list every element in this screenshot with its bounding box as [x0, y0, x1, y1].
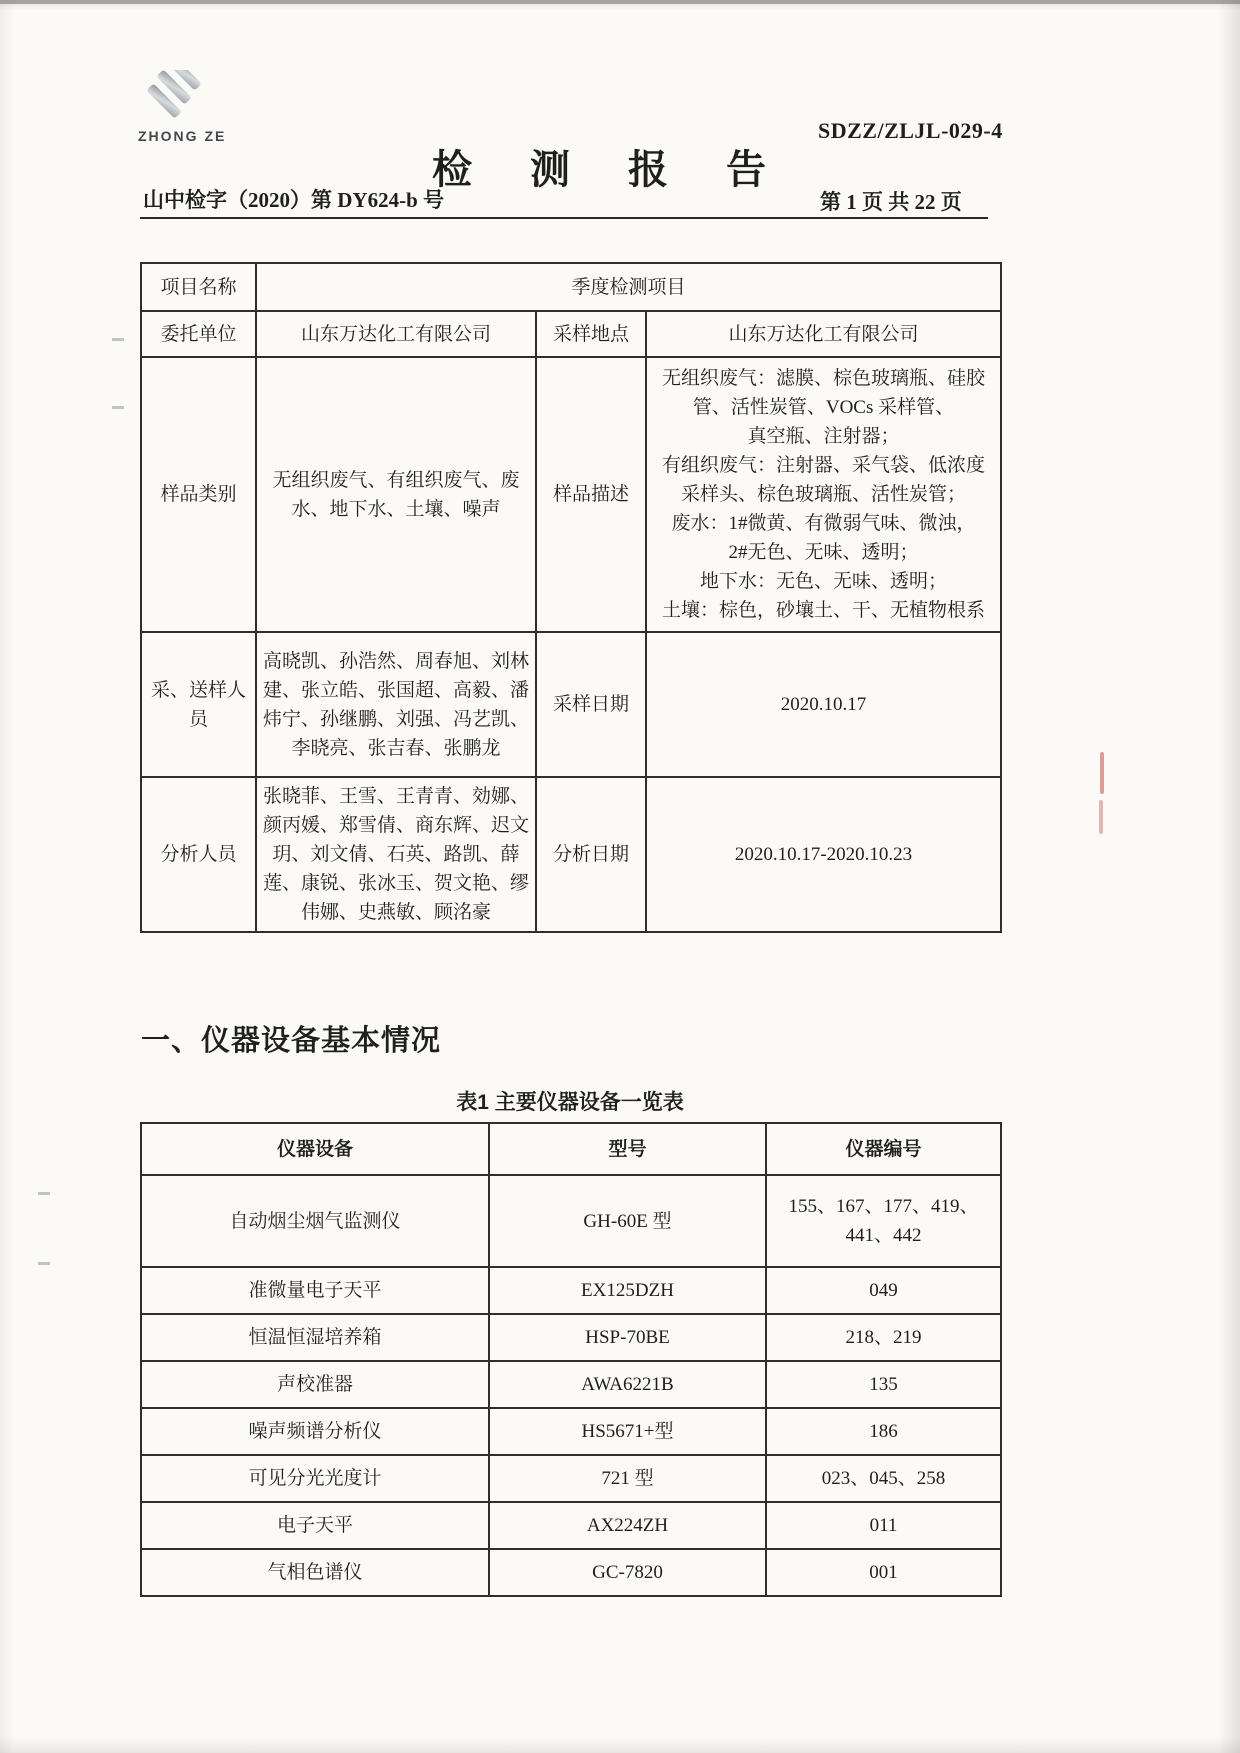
sampling-location-value: 山东万达化工有限公司	[646, 311, 1001, 357]
red-pen-smudge	[1100, 752, 1104, 794]
equipment-serial: 011	[766, 1502, 1001, 1549]
sample-type-value: 无组织废气、有组织废气、废水、地下水、土壤、噪声	[256, 357, 536, 632]
scanned-report-page: ZHONG ZE SDZZ/ZLJL-029-4 检 测 报 告 山中检字（20…	[0, 0, 1240, 1753]
table-row: 自动烟尘烟气监测仪 GH-60E 型 155、167、177、419、441、4…	[141, 1175, 1001, 1267]
desc-line: 2#无色、无味、透明；	[655, 538, 992, 567]
report-number: 山中检字（2020）第 DY624-b 号	[143, 184, 444, 214]
equipment-serial: 135	[766, 1361, 1001, 1408]
equipment-name: 准微量电子天平	[141, 1267, 489, 1314]
desc-line: 无组织废气：滤膜、棕色玻璃瓶、硅胶	[655, 364, 992, 393]
equipment-name: 声校准器	[141, 1361, 489, 1408]
company-logo: ZHONG ZE	[138, 70, 278, 144]
table-row: 项目名称 季度检测项目	[141, 263, 1001, 311]
equipment-model: AWA6221B	[489, 1361, 766, 1408]
table-row: 气相色谱仪 GC-7820 001	[141, 1549, 1001, 1596]
col-header-equipment: 仪器设备	[141, 1123, 489, 1175]
equipment-serial: 218、219	[766, 1314, 1001, 1361]
col-header-model: 型号	[489, 1123, 766, 1175]
scan-mark-artifact	[112, 406, 124, 409]
equipment-model: 721 型	[489, 1455, 766, 1502]
table-row: 恒温恒湿培养箱 HSP-70BE 218、219	[141, 1314, 1001, 1361]
equipment-name: 恒温恒湿培养箱	[141, 1314, 489, 1361]
equipment-table: 仪器设备 型号 仪器编号 自动烟尘烟气监测仪 GH-60E 型 155、167、…	[140, 1122, 1002, 1597]
scan-mark-artifact	[38, 1262, 50, 1265]
equipment-name: 噪声频谱分析仪	[141, 1408, 489, 1455]
equipment-serial: 155、167、177、419、441、442	[766, 1175, 1001, 1267]
analysis-date-value: 2020.10.17-2020.10.23	[646, 777, 1001, 932]
equipment-serial: 001	[766, 1549, 1001, 1596]
equipment-name: 自动烟尘烟气监测仪	[141, 1175, 489, 1267]
client-value: 山东万达化工有限公司	[256, 311, 536, 357]
header-divider	[140, 217, 988, 219]
red-pen-smudge	[1099, 800, 1103, 834]
table-row: 电子天平 AX224ZH 011	[141, 1502, 1001, 1549]
equipment-table-caption: 表1 主要仪器设备一览表	[140, 1086, 1000, 1116]
samplers-value: 高晓凯、孙浩然、周春旭、刘林建、张立皓、张国超、高毅、潘炜宁、孙继鹏、刘强、冯艺…	[256, 632, 536, 777]
desc-line: 土壤：棕色，砂壤土、干、无植物根系	[655, 596, 992, 625]
sample-desc-label: 样品描述	[536, 357, 646, 632]
col-header-serial: 仪器编号	[766, 1123, 1001, 1175]
document-code: SDZZ/ZLJL-029-4	[818, 118, 1003, 144]
equipment-serial: 023、045、258	[766, 1455, 1001, 1502]
table-header-row: 仪器设备 型号 仪器编号	[141, 1123, 1001, 1175]
desc-line: 管、活性炭管、VOCs 采样管、	[655, 393, 992, 422]
analysts-value: 张晓菲、王雪、王青青、効娜、颜丙媛、郑雪倩、商东辉、迟文玥、刘文倩、石英、路凯、…	[256, 777, 536, 932]
page-title: 检 测 报 告	[432, 138, 790, 195]
equipment-model: AX224ZH	[489, 1502, 766, 1549]
desc-line: 真空瓶、注射器；	[655, 422, 992, 451]
sampling-date-label: 采样日期	[536, 632, 646, 777]
equipment-model: GC-7820	[489, 1549, 766, 1596]
scan-mark-artifact	[38, 1192, 50, 1195]
section-heading: 一、仪器设备基本情况	[141, 1018, 441, 1059]
table-row: 准微量电子天平 EX125DZH 049	[141, 1267, 1001, 1314]
desc-line: 有组织废气：注射器、采气袋、低浓度	[655, 451, 992, 480]
table-row: 采、送样人员 高晓凯、孙浩然、周春旭、刘林建、张立皓、张国超、高毅、潘炜宁、孙继…	[141, 632, 1001, 777]
desc-line: 废水：1#微黄、有微弱气味、微浊，	[655, 509, 992, 538]
desc-line: 地下水：无色、无味、透明；	[655, 567, 992, 596]
equipment-name: 可见分光光度计	[141, 1455, 489, 1502]
client-label: 委托单位	[141, 311, 256, 357]
project-info-table: 项目名称 季度检测项目 委托单位 山东万达化工有限公司 采样地点 山东万达化工有…	[140, 262, 1002, 933]
scan-edge-artifact	[0, 0, 1240, 4]
page-indicator: 第 1 页 共 22 页	[820, 186, 962, 216]
table-row: 分析人员 张晓菲、王雪、王青青、効娜、颜丙媛、郑雪倩、商东辉、迟文玥、刘文倩、石…	[141, 777, 1001, 932]
project-name-value: 季度检测项目	[256, 263, 1001, 311]
equipment-model: HSP-70BE	[489, 1314, 766, 1361]
equipment-serial: 186	[766, 1408, 1001, 1455]
sampling-location-label: 采样地点	[536, 311, 646, 357]
zhongze-logo-icon	[138, 70, 258, 126]
scan-mark-artifact	[112, 338, 124, 341]
equipment-name: 电子天平	[141, 1502, 489, 1549]
equipment-serial: 049	[766, 1267, 1001, 1314]
samplers-label: 采、送样人员	[141, 632, 256, 777]
table-row: 委托单位 山东万达化工有限公司 采样地点 山东万达化工有限公司	[141, 311, 1001, 357]
table-row: 可见分光光度计 721 型 023、045、258	[141, 1455, 1001, 1502]
analysis-date-label: 分析日期	[536, 777, 646, 932]
sample-desc-value: 无组织废气：滤膜、棕色玻璃瓶、硅胶 管、活性炭管、VOCs 采样管、 真空瓶、注…	[646, 357, 1001, 632]
table-row: 样品类别 无组织废气、有组织废气、废水、地下水、土壤、噪声 样品描述 无组织废气…	[141, 357, 1001, 632]
sampling-date-value: 2020.10.17	[646, 632, 1001, 777]
equipment-model: GH-60E 型	[489, 1175, 766, 1267]
table-row: 噪声频谱分析仪 HS5671+型 186	[141, 1408, 1001, 1455]
equipment-model: EX125DZH	[489, 1267, 766, 1314]
equipment-name: 气相色谱仪	[141, 1549, 489, 1596]
desc-line: 采样头、棕色玻璃瓶、活性炭管；	[655, 480, 992, 509]
project-name-label: 项目名称	[141, 263, 256, 311]
sample-type-label: 样品类别	[141, 357, 256, 632]
equipment-model: HS5671+型	[489, 1408, 766, 1455]
logo-text: ZHONG ZE	[138, 128, 278, 144]
table-row: 声校准器 AWA6221B 135	[141, 1361, 1001, 1408]
analysts-label: 分析人员	[141, 777, 256, 932]
